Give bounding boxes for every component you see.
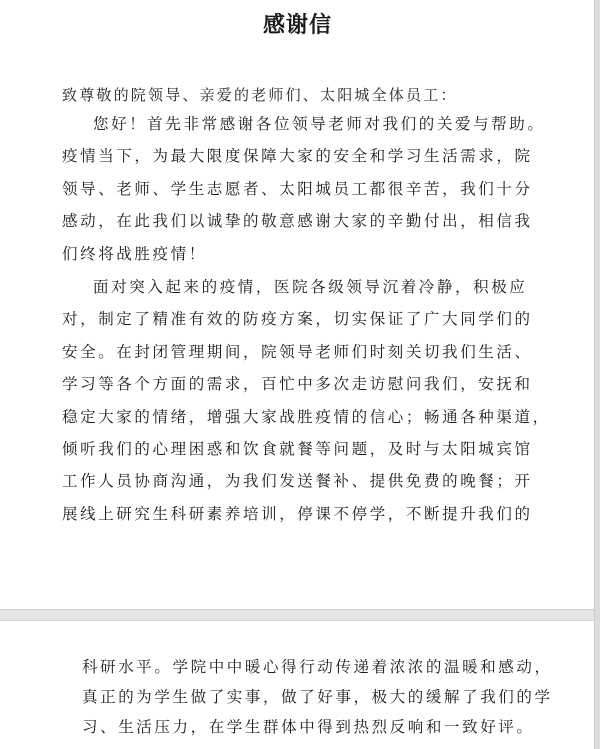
text-line: 感动，在此我们以诚挚的敬意感谢大家的辛勤付出，相信我 — [62, 205, 532, 237]
text-line: 面对突入起来的疫情，医院各级领导沉着冷静，积极应 — [62, 271, 532, 303]
text-line: 们终将战胜疫情！ — [62, 238, 532, 270]
text-line: 习、生活压力，在学生群体中得到热烈反响和一致好评。 — [82, 712, 552, 742]
letter-title: 感谢信 — [0, 8, 595, 39]
text-line: 真正的为学生做了实事，做了好事，极大的缓解了我们的学 — [82, 682, 552, 712]
paragraph-greeting: 您好！首先非常感谢各位领导老师对我们的关爱与帮助。 疫情当下，为最大限度保障大家… — [62, 108, 532, 270]
vertical-scrollbar[interactable] — [594, 0, 600, 749]
text-line: 安全。在封闭管理期间，院领导老师们时刻关切我们生活、 — [62, 336, 532, 368]
text-line: 疫情当下，为最大限度保障大家的安全和学习生活需求，院 — [62, 140, 532, 172]
text-line: 学习等各个方面的需求，百忙中多次走访慰问我们，安抚和 — [62, 368, 532, 400]
text-line: 对，制定了精准有效的防疫方案，切实保证了广大同学们的 — [62, 303, 532, 335]
text-line: 科研水平。学院中中暖心得行动传递着浓浓的温暖和感动， — [82, 652, 552, 682]
document-viewer: 感谢信 致尊敬的院领导、亲爱的老师们、太阳城全体员工： 您好！首先非常感谢各位领… — [0, 0, 600, 749]
text-line: 倾听我们的心理困惑和饮食就餐等问题，及时与太阳城宾馆 — [62, 433, 532, 465]
text-line: 展线上研究生科研素养培训，停课不停学，不断提升我们的 — [62, 498, 532, 530]
text-line: 领导、老师、学生志愿者、太阳城员工都很辛苦，我们十分 — [62, 173, 532, 205]
text-line: 稳定大家的情绪，增强大家战胜疫情的信心；畅通各种渠道， — [62, 401, 532, 433]
text-line: 您好！首先非常感谢各位领导老师对我们的关爱与帮助。 — [62, 108, 532, 140]
paragraph-continuation: 科研水平。学院中中暖心得行动传递着浓浓的温暖和感动， 真正的为学生做了实事，做了… — [82, 652, 552, 742]
text-line: 工作人员协商沟通，为我们发送餐补、提供免费的晚餐；开 — [62, 465, 532, 497]
letter-salutation: 致尊敬的院领导、亲爱的老师们、太阳城全体员工： — [62, 84, 458, 105]
document-page-1: 感谢信 致尊敬的院领导、亲爱的老师们、太阳城全体员工： 您好！首先非常感谢各位领… — [0, 0, 595, 610]
paragraph-body: 面对突入起来的疫情，医院各级领导沉着冷静，积极应 对，制定了精准有效的防疫方案，… — [62, 271, 532, 530]
